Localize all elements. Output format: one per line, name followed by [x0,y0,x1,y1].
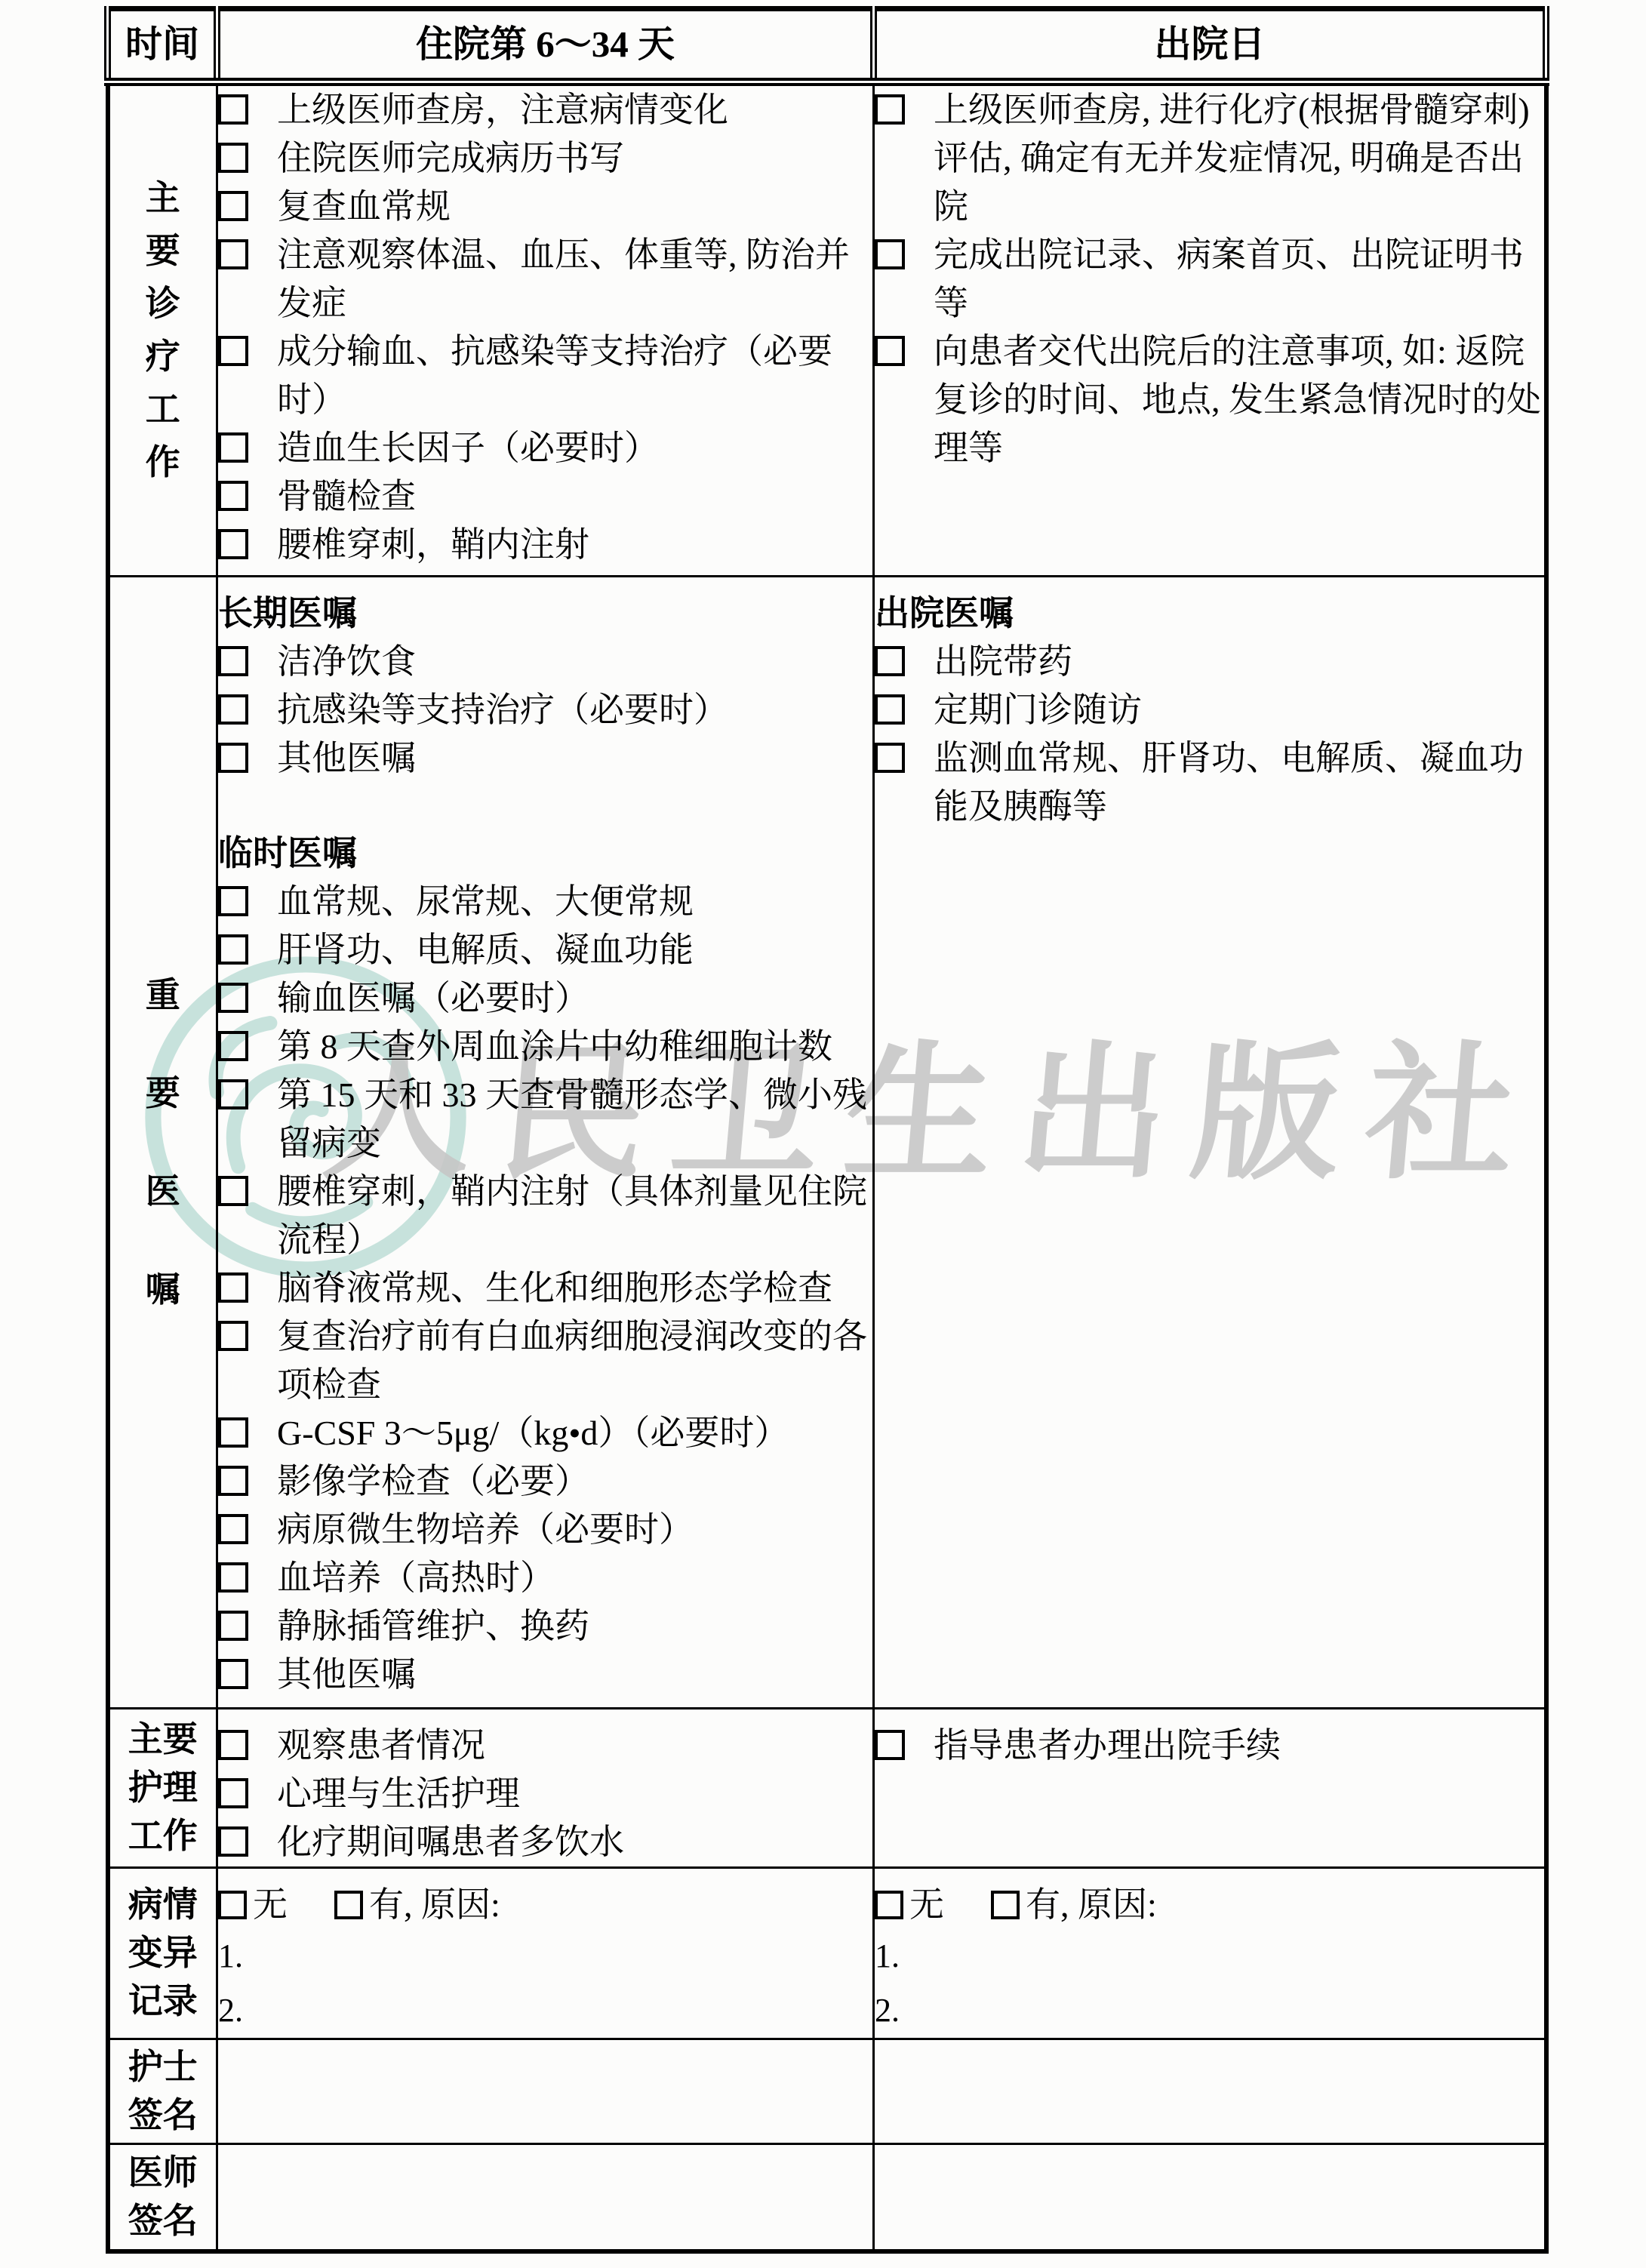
label-char: 主要 [110,1716,217,1764]
checklist-item: 观察患者情况 [218,1722,872,1770]
checklist-item: 复查血常规 [218,183,872,231]
checklist-item: 静脉插管维护、换药 [218,1602,872,1651]
checklist-item: 第 15 天和 33 天查骨髓形态学、微小残留病变 [218,1071,872,1168]
label-char: 疗 [110,331,217,383]
checklist-item-text: 脑脊液常规、生化和细胞形态学检查 [277,1264,872,1312]
label-char: 医师 [110,2149,217,2197]
cell-orders-discharge: 出院医嘱 出院带药 定期门诊随访 监测血常规、肝肾功、电解质、凝血功能及胰酶等 [874,577,1546,1709]
checkbox[interactable] [218,481,248,511]
checklist-item: 其他医嘱 [218,734,872,783]
checkbox[interactable] [218,1176,248,1206]
checklist-item: 第 8 天查外周血涂片中幼稚细胞计数 [218,1023,872,1071]
checkbox[interactable] [218,1031,248,1061]
row-nurse-signature: 护士 签名 [108,2039,1546,2144]
checklist-item: 注意观察体温、血压、体重等, 防治并发症 [218,231,872,328]
checkbox[interactable] [218,94,248,125]
checklist-item-text: 成分输血、抗感染等支持治疗（必要时） [277,328,872,424]
checklist-item: 病原微生物培养（必要时） [218,1506,872,1554]
checklist-item-text: 静脉插管维护、换药 [277,1602,872,1651]
checklist-item: 影像学检查（必要） [218,1457,872,1506]
checkbox[interactable] [218,1272,248,1303]
cell-nursing-hospital: 观察患者情况 心理与生活护理 化疗期间嘱患者多饮水 [217,1709,874,1868]
checkbox[interactable] [875,743,905,773]
checklist-item: 成分输血、抗感染等支持治疗（必要时） [218,328,872,424]
checkbox[interactable] [218,886,248,916]
checklist-item-text: 复查血常规 [277,183,872,231]
label-char: 病情 [110,1881,217,1929]
checklist-item-text: 完成出院记录、病案首页、出院证明书等 [934,231,1544,328]
checklist-item-text: 心理与生活护理 [277,1770,872,1818]
checkbox[interactable] [218,1659,248,1689]
row-variation-record: 病情 变异 记录 无 有, 原因: 1. 2. 无 有, 原因: 1. 2. [108,1868,1546,2039]
checklist-item-text: 复查治疗前有白血病细胞浸润改变的各项检查 [277,1312,872,1409]
header-hospital-days-cell: 住院第 6～34 天 [217,9,874,82]
checkbox[interactable] [218,143,248,173]
checklist-item-text: 骨髓检查 [277,472,872,521]
variation-no-label: 无 [909,1881,944,1929]
cell-treatment-discharge: 上级医师查房, 进行化疗(根据骨髓穿刺)评估, 确定有无并发症情况, 明确是否出… [874,82,1546,577]
checklist-item-text: 影像学检查（必要） [277,1457,872,1506]
checkbox[interactable] [218,1730,248,1760]
label-char: 签名 [110,2197,217,2245]
label-char: 重 [110,946,217,1045]
label-char: 护理 [110,1764,217,1812]
row-nursing-work: 主要 护理 工作 观察患者情况 心理与生活护理 化疗期间嘱患者多饮水 指导患者办… [108,1709,1546,1868]
cell-variation-discharge: 无 有, 原因: 1. 2. [874,1868,1546,2039]
checklist-item: 上级医师查房，注意病情变化 [218,86,872,134]
checklist-item-text: 出院带药 [934,638,1544,686]
checkbox[interactable] [875,1730,905,1760]
cell-treatment-hospital: 上级医师查房，注意病情变化 住院医师完成病历书写 复查血常规 注意观察体温、血压… [217,82,874,577]
label-char: 签名 [110,2091,217,2140]
row-label-doctor-signature: 医师 签名 [108,2144,217,2251]
label-char: 护士 [110,2043,217,2091]
row-label-important-orders: 重 要 医 嘱 [108,577,217,1709]
checklist-item: 洁净饮食 [218,638,872,686]
checklist-item: 指导患者办理出院手续 [875,1722,1544,1770]
checklist-item-text: 病原微生物培养（必要时） [277,1506,872,1554]
cell-orders-hospital: 长期医嘱 洁净饮食 抗感染等支持治疗（必要时） 其他医嘱 临时医嘱 血常规、尿常… [217,577,874,1709]
checklist-item-text: 抗感染等支持治疗（必要时） [277,686,872,734]
label-char: 嘱 [110,1241,217,1339]
cell-nursing-discharge: 指导患者办理出院手续 [874,1709,1546,1868]
checklist-item-text: 其他医嘱 [277,1651,872,1699]
label-char: 工 [110,383,217,436]
checklist-item: 定期门诊随访 [875,686,1544,734]
checklist-item-text: 监测血常规、肝肾功、电解质、凝血功能及胰酶等 [934,734,1544,831]
checklist-item-text: 输血医嘱（必要时） [277,974,872,1023]
doctor-signature-discharge-field[interactable] [874,2144,1546,2251]
variation-line-1: 1. [218,1929,872,1983]
checklist-item: 肝肾功、电解质、凝血功能 [218,926,872,974]
checklist-item: 抗感染等支持治疗（必要时） [218,686,872,734]
checkbox[interactable] [875,336,905,366]
checklist-item: G-CSF 3～5μg/（kg•d）（必要时） [218,1409,872,1457]
checkbox[interactable] [218,239,248,269]
clinical-pathway-form: 时间 住院第 6～34 天 出院日 主 要 诊 疗 工 作 上级医师查房，注意病… [104,6,1549,2254]
checklist-item: 血常规、尿常规、大便常规 [218,878,872,926]
checkbox[interactable] [218,1321,248,1351]
label-char: 记录 [110,1977,217,2026]
checklist-item-text: 洁净饮食 [277,638,872,686]
label-char: 要 [110,1045,217,1143]
row-label-nursing-work: 主要 护理 工作 [108,1709,217,1868]
nurse-signature-discharge-field[interactable] [874,2039,1546,2144]
header-time-cell: 时间 [108,9,217,82]
checklist-item-text: 第 8 天查外周血涂片中幼稚细胞计数 [277,1023,872,1071]
checkbox[interactable] [875,239,905,269]
checklist-item: 复查治疗前有白血病细胞浸润改变的各项检查 [218,1312,872,1409]
checkbox-yes[interactable] [991,1891,1020,1919]
variation-line-2: 2. [218,1983,872,2038]
row-label-main-treatment: 主 要 诊 疗 工 作 [108,82,217,577]
label-char: 变异 [110,1929,217,1977]
variation-options: 无 有, 原因: [218,1881,872,1929]
checkbox[interactable] [218,529,248,559]
checklist-item-text: 血常规、尿常规、大便常规 [277,878,872,926]
doctor-signature-hospital-field[interactable] [217,2144,874,2251]
checkbox-yes[interactable] [334,1891,363,1919]
checklist-item: 输血医嘱（必要时） [218,974,872,1023]
checklist-item-text: 指导患者办理出院手续 [934,1722,1544,1770]
checkbox[interactable] [218,1466,248,1496]
row-label-nurse-signature: 护士 签名 [108,2039,217,2144]
nurse-signature-hospital-field[interactable] [217,2039,874,2144]
row-main-treatment: 主 要 诊 疗 工 作 上级医师查房，注意病情变化 住院医师完成病历书写 复查血… [108,82,1546,577]
label-char: 工作 [110,1812,217,1860]
checklist-item: 完成出院记录、病案首页、出院证明书等 [875,231,1544,328]
checklist-item-text: 造血生长因子（必要时） [277,424,872,472]
checkbox[interactable] [218,336,248,366]
temporary-orders-title: 临时医嘱 [218,829,872,878]
variation-yes-label: 有, 原因: [1026,1881,1157,1929]
checkbox[interactable] [218,743,248,773]
checklist-item: 脑脊液常规、生化和细胞形态学检查 [218,1264,872,1312]
checklist-item: 化疗期间嘱患者多饮水 [218,1818,872,1866]
checklist-item: 血培养（高热时） [218,1554,872,1602]
checklist-item-text: 第 15 天和 33 天查骨髓形态学、微小残留病变 [277,1071,872,1168]
checklist-item-text: 观察患者情况 [277,1722,872,1770]
checklist-item-text: 肝肾功、电解质、凝血功能 [277,926,872,974]
variation-line-1: 1. [875,1929,1544,1983]
checklist-item-text: G-CSF 3～5μg/（kg•d）（必要时） [277,1409,872,1457]
header-discharge-day-cell: 出院日 [874,9,1546,82]
checkbox[interactable] [218,191,248,221]
checklist-item-text: 定期门诊随访 [934,686,1544,734]
variation-yes-label: 有, 原因: [369,1881,500,1929]
checkbox-no[interactable] [875,1891,903,1919]
header-row: 时间 住院第 6～34 天 出院日 [108,9,1546,82]
checkbox[interactable] [218,646,248,676]
checkbox[interactable] [218,1778,248,1808]
row-doctor-signature: 医师 签名 [108,2144,1546,2251]
discharge-orders-title: 出院医嘱 [875,589,1544,638]
row-label-variation-record: 病情 变异 记录 [108,1868,217,2039]
checkbox[interactable] [218,1514,248,1544]
variation-options: 无 有, 原因: [875,1881,1544,1929]
checklist-item: 腰椎穿刺，鞘内注射 [218,521,872,569]
checkbox[interactable] [218,1079,248,1109]
checklist-item: 心理与生活护理 [218,1770,872,1818]
label-char: 作 [110,436,217,489]
checklist-item: 出院带药 [875,638,1544,686]
label-char: 要 [110,225,217,278]
checklist-item: 造血生长因子（必要时） [218,424,872,472]
checklist-item-text: 上级医师查房, 进行化疗(根据骨髓穿刺)评估, 确定有无并发症情况, 明确是否出… [934,86,1544,231]
checklist-item-text: 化疗期间嘱患者多饮水 [277,1818,872,1866]
checklist-item: 监测血常规、肝肾功、电解质、凝血功能及胰酶等 [875,734,1544,831]
checkbox[interactable] [218,934,248,965]
checklist-item-text: 住院医师完成病历书写 [277,134,872,183]
checklist-item: 向患者交代出院后的注意事项, 如: 返院复诊的时间、地点, 发生紧急情况时的处理… [875,328,1544,472]
checkbox[interactable] [218,983,248,1013]
label-char: 诊 [110,278,217,331]
checkbox[interactable] [218,432,248,463]
checklist-item: 上级医师查房, 进行化疗(根据骨髓穿刺)评估, 确定有无并发症情况, 明确是否出… [875,86,1544,231]
checkbox[interactable] [875,646,905,676]
checklist-item-text: 其他医嘱 [277,734,872,783]
checkbox[interactable] [218,1611,248,1641]
checklist-item: 腰椎穿刺，鞘内注射（具体剂量见住院流程） [218,1168,872,1264]
checkbox[interactable] [218,1826,248,1857]
checkbox[interactable] [218,1562,248,1593]
checklist-item: 骨髓检查 [218,472,872,521]
checklist-item-text: 血培养（高热时） [277,1554,872,1602]
label-char: 医 [110,1143,217,1241]
checklist-item-text: 向患者交代出院后的注意事项, 如: 返院复诊的时间、地点, 发生紧急情况时的处理… [934,328,1544,472]
checkbox[interactable] [875,694,905,725]
label-char: 主 [110,172,217,225]
checkbox[interactable] [875,94,905,125]
checklist-item-text: 腰椎穿刺，鞘内注射（具体剂量见住院流程） [277,1168,872,1264]
long-term-orders-title: 长期医嘱 [218,589,872,638]
checklist-item-text: 腰椎穿刺，鞘内注射 [277,521,872,569]
checklist-item: 住院医师完成病历书写 [218,134,872,183]
cell-variation-hospital: 无 有, 原因: 1. 2. [217,1868,874,2039]
checklist-item: 其他医嘱 [218,1651,872,1699]
checkbox-no[interactable] [218,1891,247,1919]
checklist-item-text: 上级医师查房，注意病情变化 [277,86,872,134]
clinical-pathway-table: 时间 住院第 6～34 天 出院日 主 要 诊 疗 工 作 上级医师查房，注意病… [104,6,1549,2254]
row-important-orders: 重 要 医 嘱 长期医嘱 洁净饮食 抗感染等支持治疗（必要时） 其他医嘱 临时医… [108,577,1546,1709]
checklist-item-text: 注意观察体温、血压、体重等, 防治并发症 [277,231,872,328]
checkbox[interactable] [218,694,248,725]
variation-no-label: 无 [253,1881,288,1929]
checkbox[interactable] [218,1417,248,1448]
variation-line-2: 2. [875,1983,1544,2038]
